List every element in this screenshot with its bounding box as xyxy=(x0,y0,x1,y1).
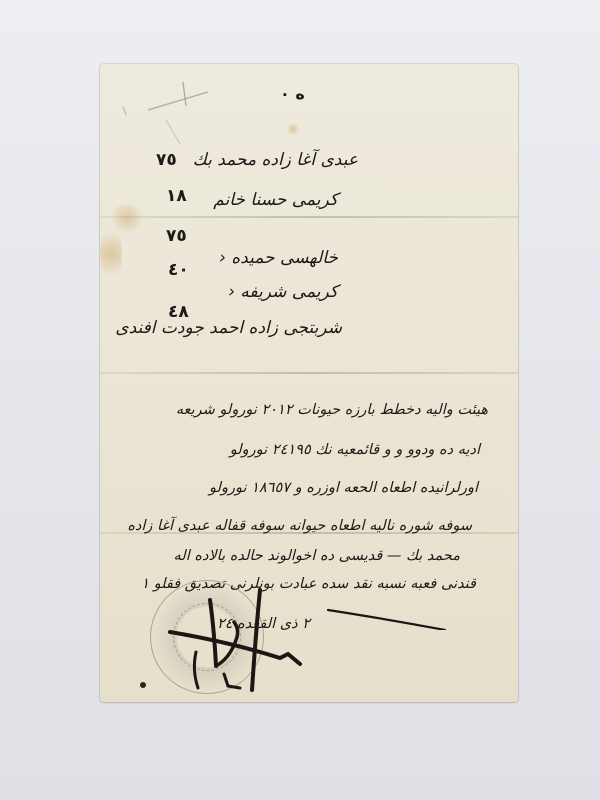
ledger-name: كريمی حسنا خانم xyxy=(213,190,338,210)
ledger-amount: ٤٠ xyxy=(168,260,189,280)
ledger-amount: ١٨ xyxy=(166,186,187,206)
signature-mark xyxy=(160,570,310,700)
paragraph-line: محمد بك — قديسی ده اخوالوند حالده بالاده… xyxy=(174,548,460,564)
paragraph-line: اديه ده ودوو و و قائمعيه نك ٢٤١٩٥ نورولو xyxy=(230,442,480,458)
paragraph-line: سوفه شوره ناليه اطعاه حيوانه سوفه قفاله … xyxy=(127,518,472,534)
ledger-amount: ٤٨ xyxy=(168,302,189,322)
date-line: ٢ ذی القعده ٢٤ xyxy=(217,616,310,632)
ink-dot xyxy=(140,682,146,688)
age-stain xyxy=(100,224,122,284)
paragraph-line: هيئت واليه دخطط بارزه حيونات ٢٠١٢ نورولو… xyxy=(176,402,488,418)
fold-crease xyxy=(100,372,518,374)
pencil-marking-icon xyxy=(118,80,208,150)
paragraph-line: اورلرانيده اطعاه الحعه اوزره و ١٨٦٥٧ نور… xyxy=(209,480,478,496)
ledger-name: شربتجی زاده احمد جودت افندی xyxy=(115,318,342,338)
date-underline xyxy=(320,600,450,630)
ledger-amount: ٧٥ xyxy=(166,226,187,246)
ledger-name: كريمی شريفه ‹ xyxy=(228,282,338,302)
ledger-name: عبدی آغا زاده محمد بك xyxy=(193,150,358,170)
ledger-name: خالهسی حميده ‹ xyxy=(219,248,338,268)
ledger-amount: ٧٥ xyxy=(156,150,177,170)
header-mark: ه ٠ xyxy=(280,84,305,103)
age-stain xyxy=(286,122,300,136)
fold-crease xyxy=(100,216,518,218)
